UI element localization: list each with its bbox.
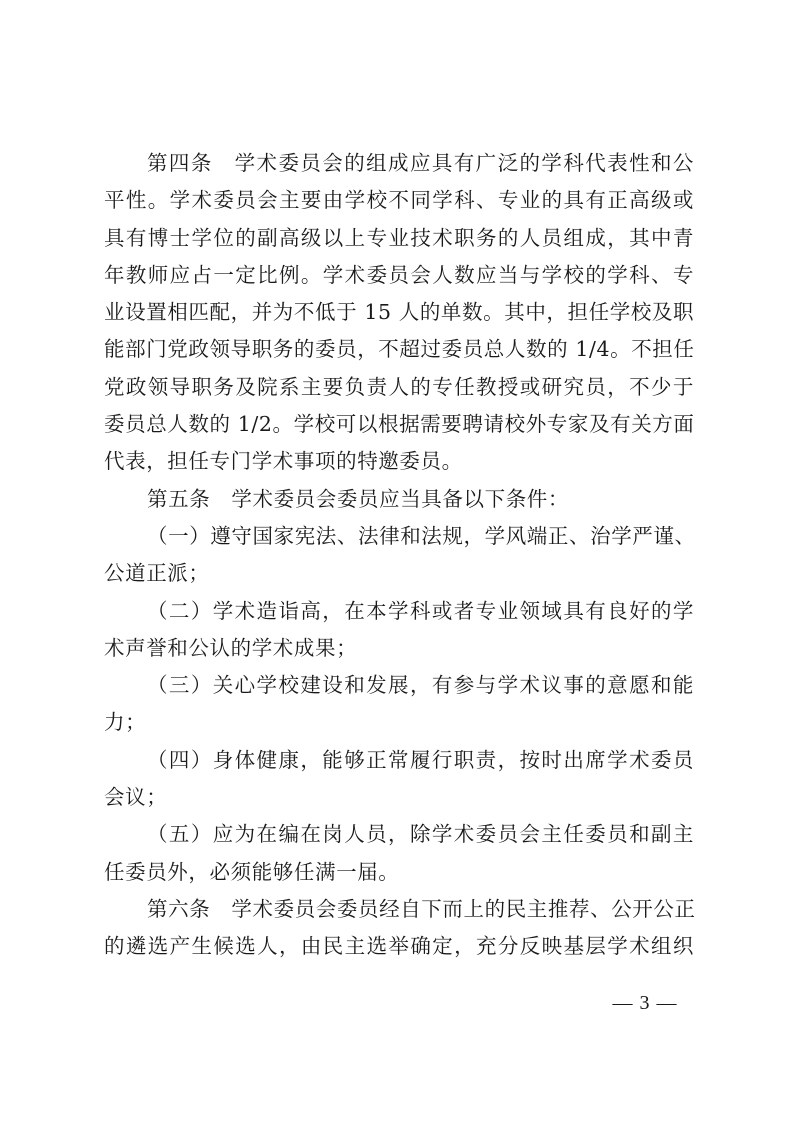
article-4-line-4: 年教师应占一定比例。学术委员会人数应当与学校的学科、专 bbox=[104, 257, 694, 294]
article-4-line-2: 平性。学术委员会主要由学校不同学科、专业的具有正高级或 bbox=[104, 182, 694, 219]
condition-1-line-1: （一）遵守国家宪法、法律和法规，学风端正、治学严谨、 bbox=[104, 518, 694, 555]
article-4-line-9: 代表，担任专门学术事项的特邀委员。 bbox=[104, 443, 694, 480]
page-number: — 3 — bbox=[610, 992, 680, 1015]
condition-5-line-1: （五）应为在编在岗人员，除学术委员会主任委员和副主 bbox=[104, 816, 694, 853]
condition-4-line-2: 会议； bbox=[104, 779, 694, 816]
article-6-line-2: 的遴选产生候选人，由民主选举确定，充分反映基层学术组织 bbox=[104, 928, 694, 965]
article-4-line-1: 第四条 学术委员会的组成应具有广泛的学科代表性和公 bbox=[104, 145, 694, 182]
condition-4-line-1: （四）身体健康，能够正常履行职责，按时出席学术委员 bbox=[104, 742, 694, 779]
article-4-line-8: 委员总人数的 1/2。学校可以根据需要聘请校外专家及有关方面 bbox=[104, 406, 694, 443]
condition-2-line-1: （二）学术造诣高，在本学科或者专业领域具有良好的学 bbox=[104, 593, 694, 630]
condition-1-line-2: 公道正派； bbox=[104, 555, 694, 592]
condition-3-line-2: 力； bbox=[104, 704, 694, 741]
condition-5-line-2: 任委员外，必须能够任满一届。 bbox=[104, 854, 694, 891]
article-4-line-6: 能部门党政领导职务的委员，不超过委员总人数的 1/4。不担任 bbox=[104, 331, 694, 368]
article-5-heading: 第五条 学术委员会委员应当具备以下条件： bbox=[104, 481, 694, 518]
article-4-line-7: 党政领导职务及院系主要负责人的专任教授或研究员，不少于 bbox=[104, 369, 694, 406]
body-text: 第四条 学术委员会的组成应具有广泛的学科代表性和公 平性。学术委员会主要由学校不… bbox=[104, 145, 694, 966]
article-6-line-1: 第六条 学术委员会委员经自下而上的民主推荐、公开公正 bbox=[104, 891, 694, 928]
article-4-line-5: 业设置相匹配，并为不低于 15 人的单数。其中，担任学校及职 bbox=[104, 294, 694, 331]
condition-3-line-1: （三）关心学校建设和发展，有参与学术议事的意愿和能 bbox=[104, 667, 694, 704]
condition-2-line-2: 术声誉和公认的学术成果； bbox=[104, 630, 694, 667]
document-page: 第四条 学术委员会的组成应具有广泛的学科代表性和公 平性。学术委员会主要由学校不… bbox=[0, 0, 794, 1123]
article-4-line-3: 具有博士学位的副高级以上专业技术职务的人员组成，其中青 bbox=[104, 220, 694, 257]
